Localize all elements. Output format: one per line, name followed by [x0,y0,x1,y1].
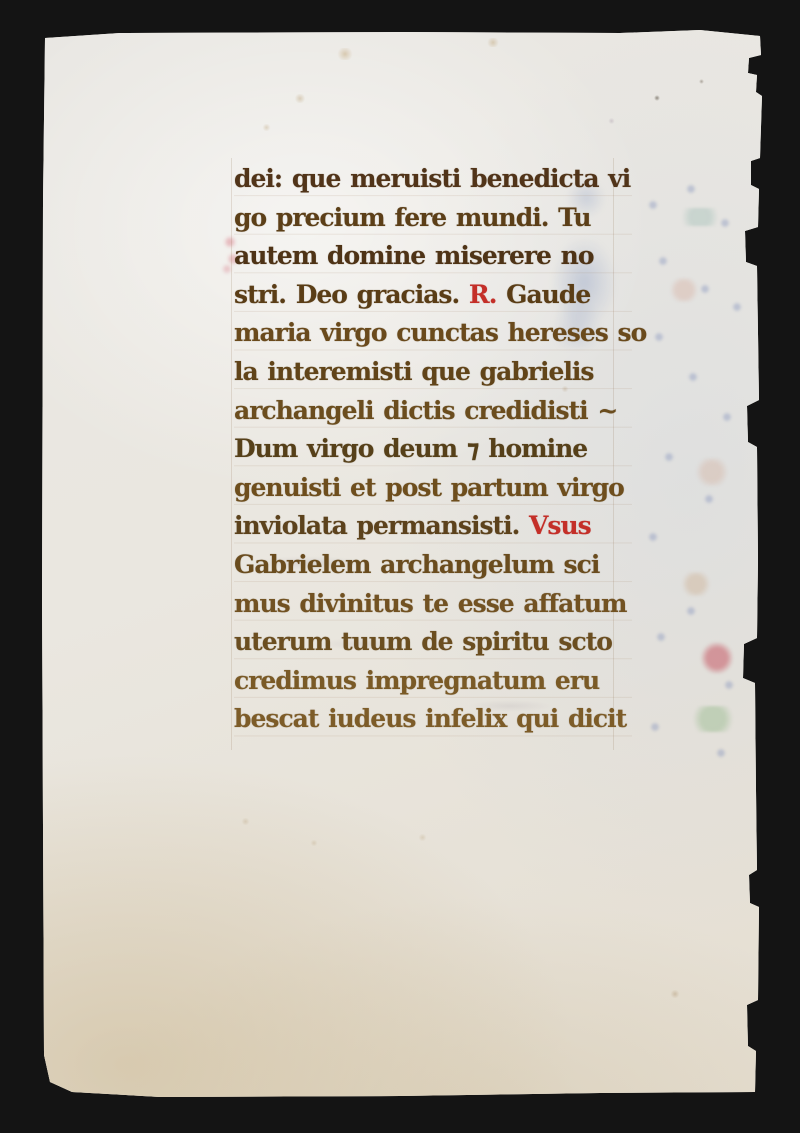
manuscript-text-line: mus divinitus te esse affatum [234,585,632,624]
manuscript-text-line: uterum tuum de spiritu scto [234,623,632,662]
latin-text: Gaude [496,280,590,309]
manuscript-text-line: inviolata permansisti. Vsus [234,507,632,546]
manuscript-text-line: dei: que meruisti benedicta vi [234,160,632,199]
manuscript-text-line: bescat iudeus infelix qui dicit [234,700,632,739]
manuscript-text-line: stri. Deo gracias. R. Gaude [234,276,632,315]
photo-background: dei: que meruisti benedicta vi go preciu… [0,0,800,1133]
latin-text: uterum tuum de spiritu scto [234,627,612,656]
rubric-versus-mark: Vsus [529,511,591,540]
manuscript-leaf: dei: que meruisti benedicta vi go preciu… [0,0,800,1133]
latin-text: la interemisti que gabrielis [234,357,593,386]
manuscript-text-line: genuisti et post partum virgo [234,469,632,508]
latin-text: autem domine miserere no [234,241,594,270]
latin-text: genuisti et post partum virgo [234,473,624,502]
latin-text: bescat iudeus infelix qui dicit [234,704,626,733]
manuscript-text-line: maria virgo cunctas hereses so [234,314,632,353]
latin-text: mus divinitus te esse affatum [234,589,627,618]
latin-text: dei: que meruisti benedicta vi [234,164,630,193]
latin-text: credimus impregnatum eru [234,666,599,695]
latin-text: go precium fere mundi. Tu [234,203,591,232]
manuscript-text-line: credimus impregnatum eru [234,662,632,701]
ruling-line [231,158,232,750]
rubric-responsory-mark: R. [469,280,496,309]
manuscript-text-line: autem domine miserere no [234,237,632,276]
latin-text: archangeli dictis credidisti ~ [234,396,617,425]
latin-text: Dum virgo deum ⁊ homine [234,434,587,463]
latin-text: stri. Deo gracias. [234,280,469,309]
latin-text: Gabrielem archangelum sci [234,550,599,579]
text-block: dei: que meruisti benedicta vi go preciu… [234,160,632,739]
manuscript-text-line: Gabrielem archangelum sci [234,546,632,585]
latin-text: maria virgo cunctas hereses so [234,318,646,347]
latin-text: inviolata permansisti. [234,511,529,540]
manuscript-text-line: la interemisti que gabrielis [234,353,632,392]
manuscript-text-line: go precium fere mundi. Tu [234,199,632,238]
manuscript-text-line: Dum virgo deum ⁊ homine [234,430,632,469]
manuscript-text-line: archangeli dictis credidisti ~ [234,392,632,431]
